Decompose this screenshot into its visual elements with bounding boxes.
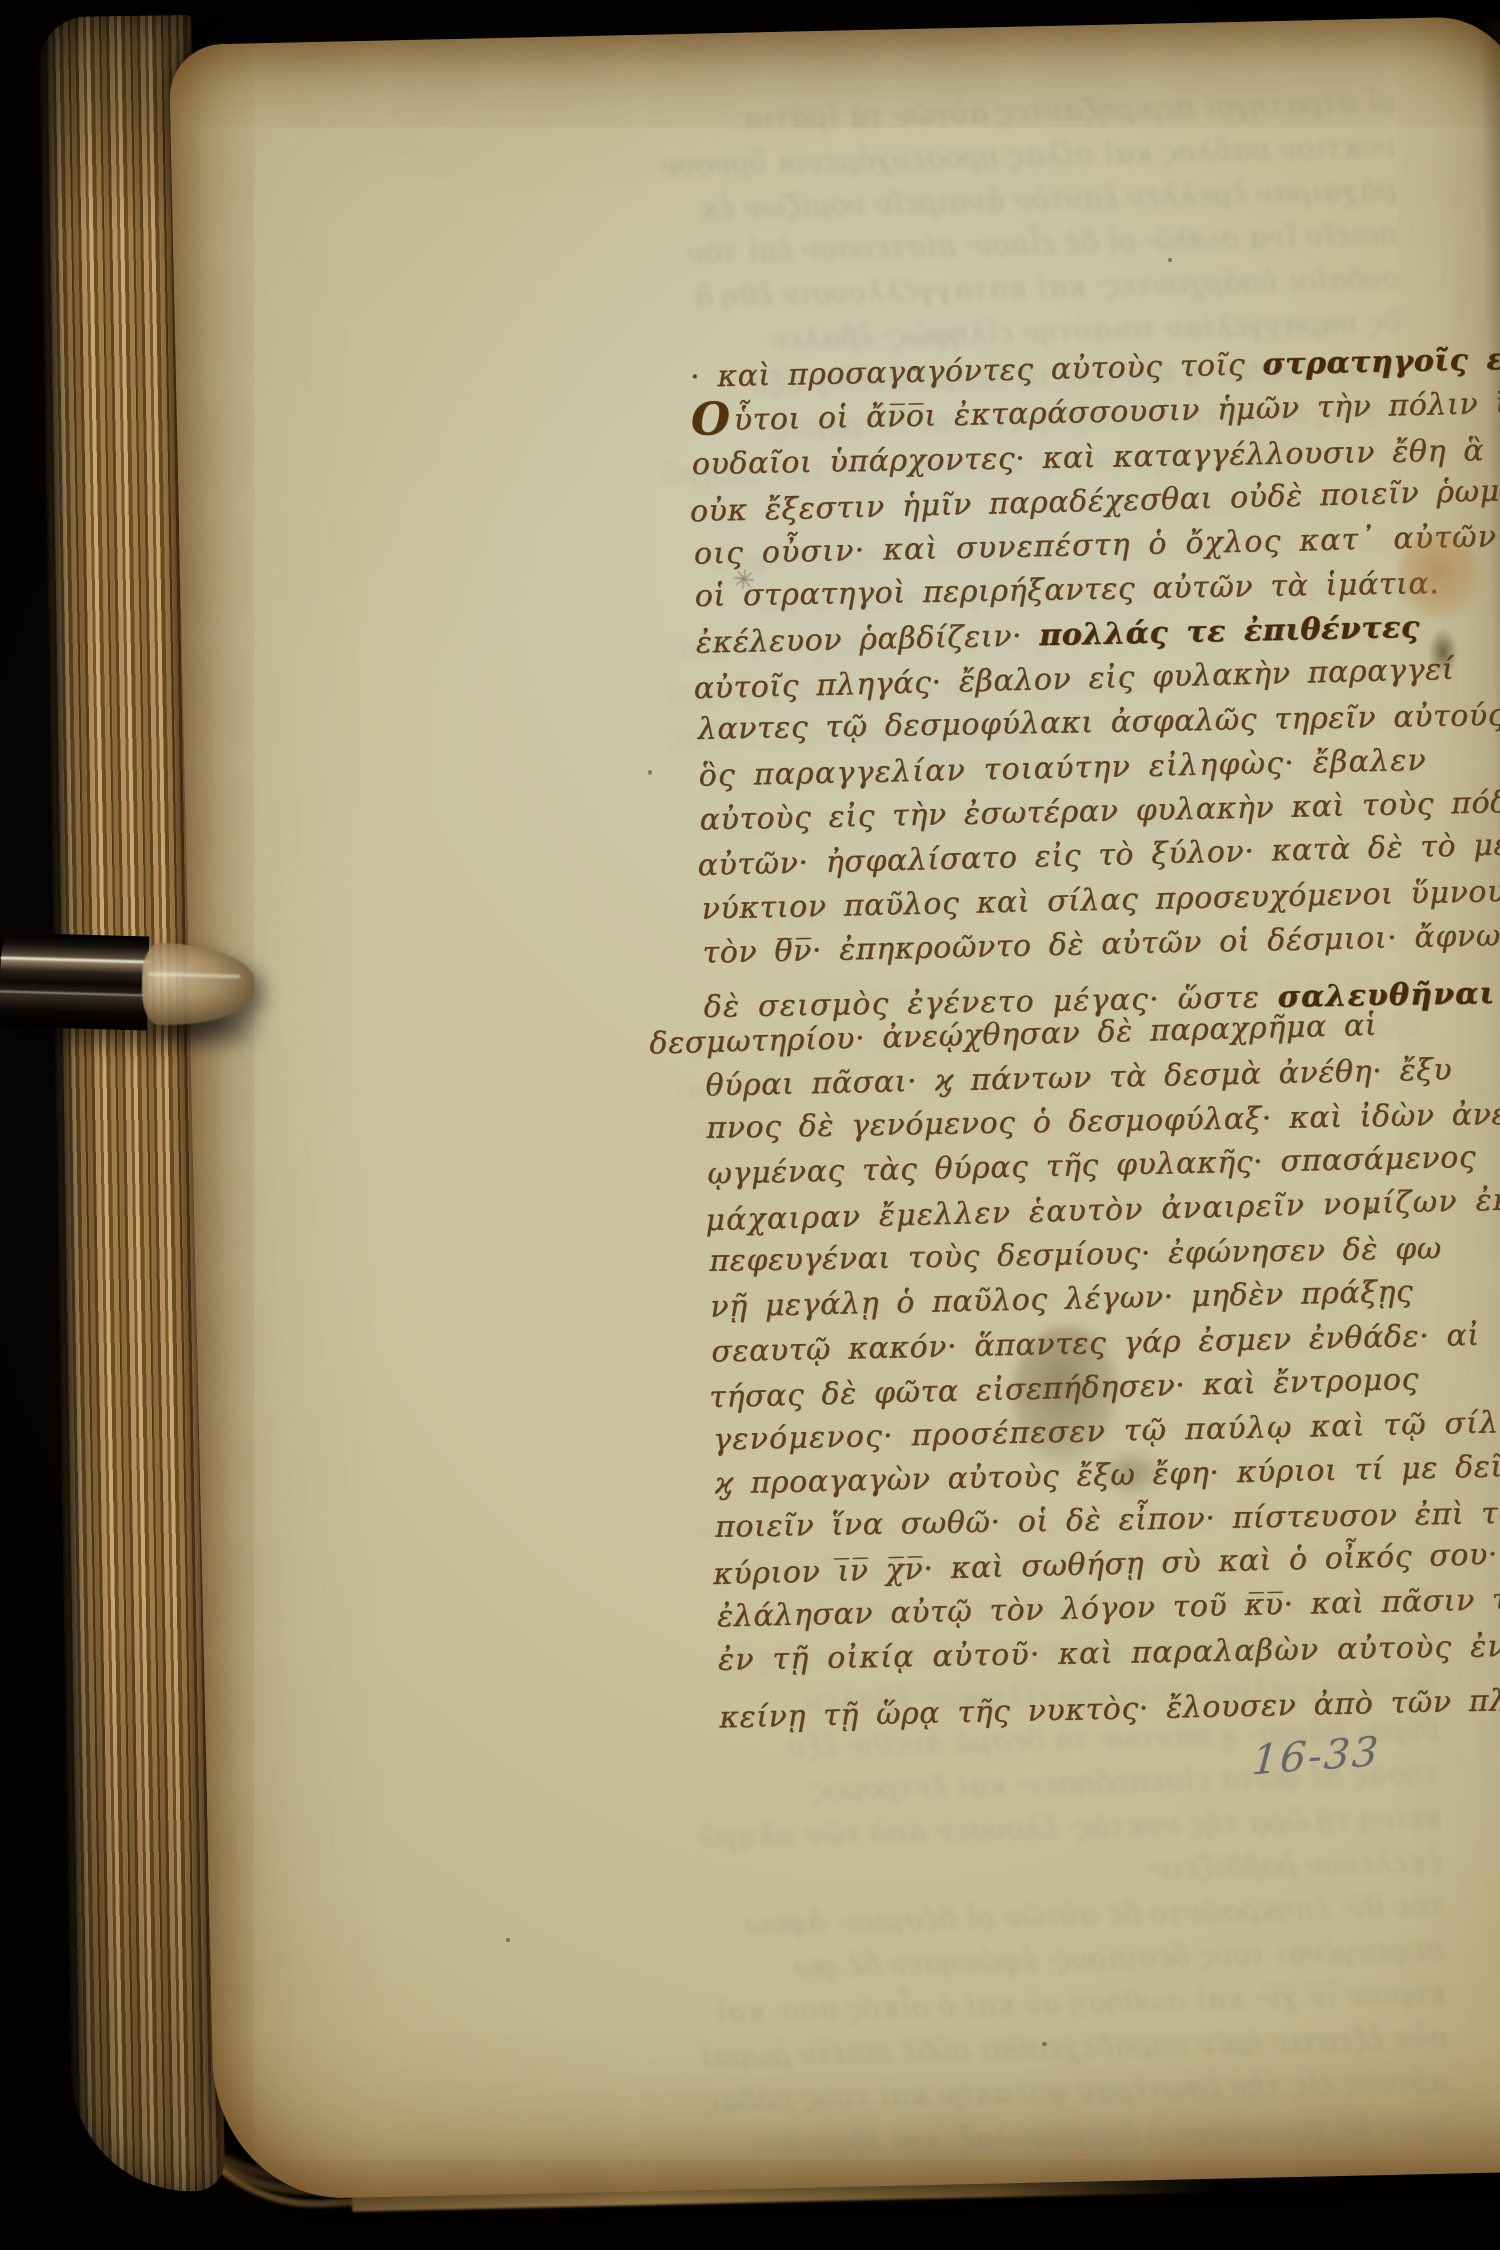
foxing-speck	[1168, 258, 1172, 262]
foxing-speck	[648, 770, 652, 775]
greek-text-block: · καὶ προσαγαγόντες αὐτοὺς τοῖς στρατηγο…	[690, 339, 1500, 1729]
glass-rod-tip	[141, 942, 255, 1027]
marginal-asterisk-mark: ✳	[730, 563, 757, 597]
glass-rod-body	[0, 932, 149, 1030]
foxing-speck	[912, 366, 917, 371]
glass-page-weight-rod	[0, 924, 260, 1043]
manuscript-photograph: οἱ στρατηγοὶ περιρήξαντες αὐτῶν τὰ ἱμάτι…	[0, 0, 1500, 2250]
parchment-page: οἱ στρατηγοὶ περιρήξαντες αὐτῶν τὰ ἱμάτι…	[169, 15, 1500, 2200]
foxing-speck	[1042, 2042, 1047, 2046]
pencil-verse-annotation: 16-33	[1250, 1727, 1381, 1784]
foxing-speck	[506, 1938, 510, 1942]
foxing-speck	[1368, 1206, 1373, 1211]
enlarged-initial-letter: Ο	[691, 404, 731, 435]
